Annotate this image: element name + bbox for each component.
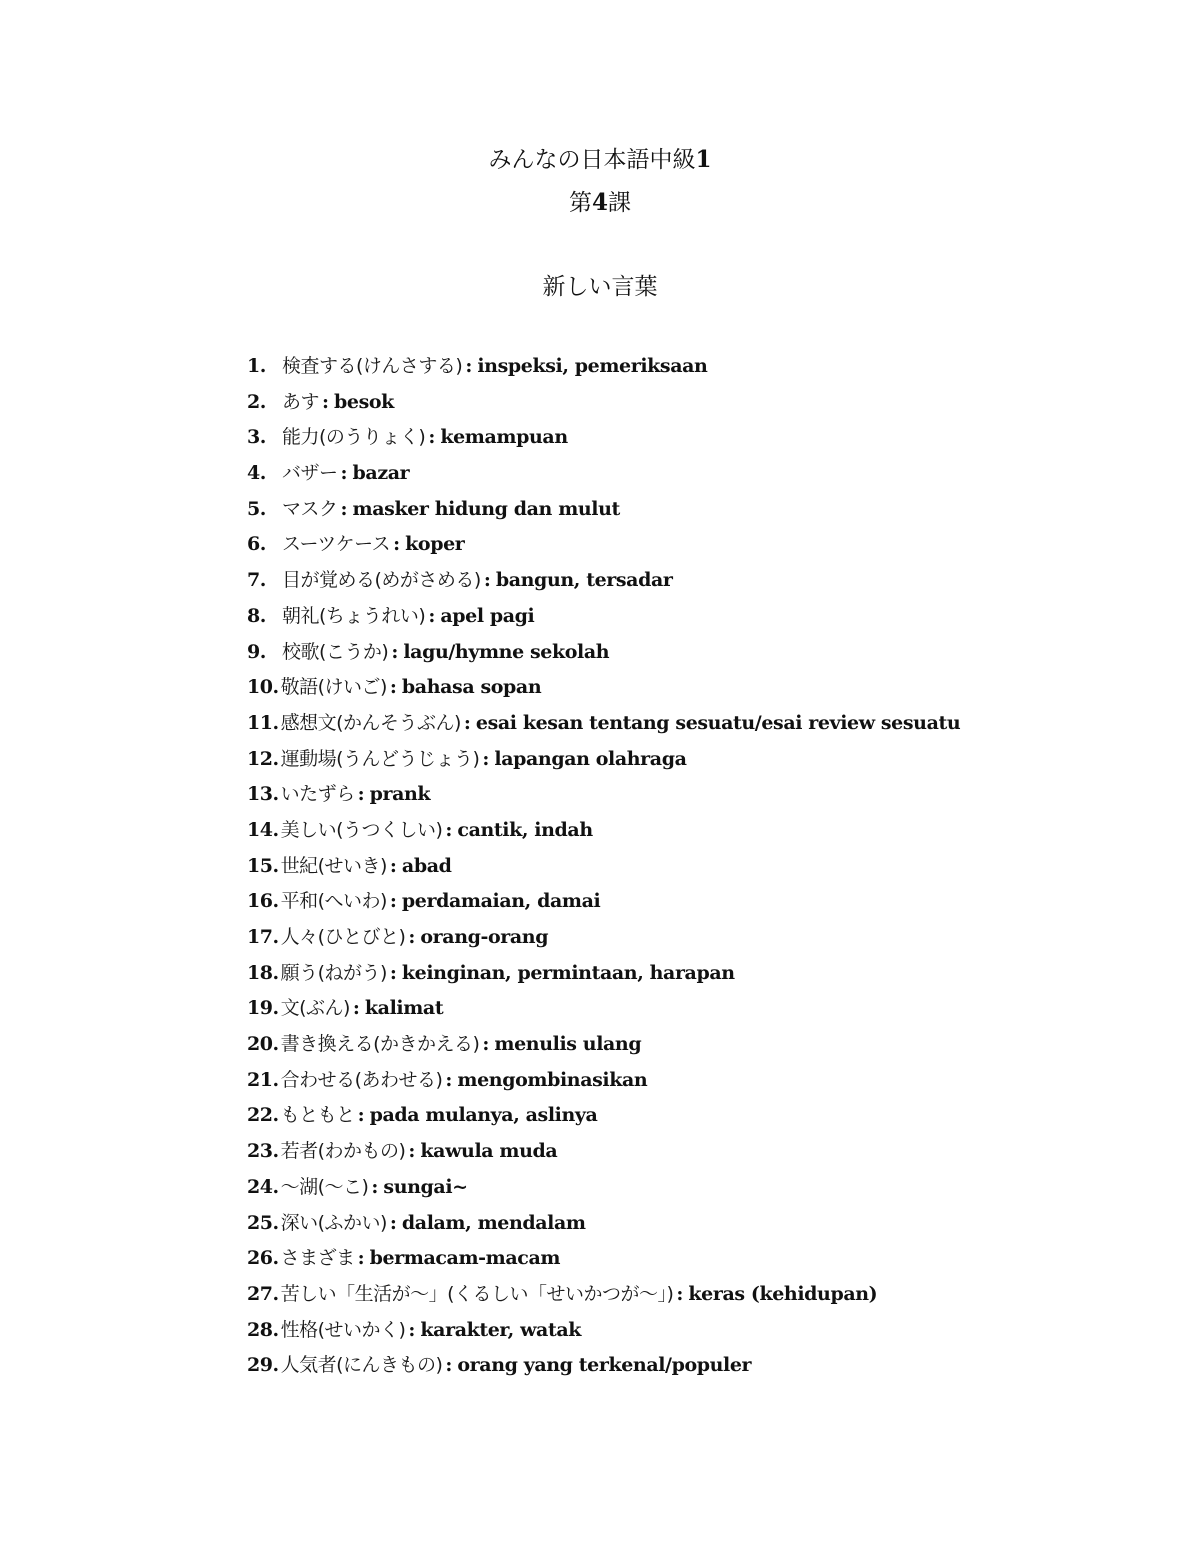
vocabulary-item: 6. スーツケース : koper — [247, 527, 960, 563]
vocabulary-list: 1. 検査する(けんさする) : inspeksi, pemeriksaan 2… — [247, 349, 960, 1384]
document-title: みんなの日本語中級1 — [0, 143, 1200, 177]
vocabulary-item: 2. あす : besok — [247, 385, 960, 421]
item-separator: : — [358, 1098, 365, 1134]
item-number: 25. — [247, 1206, 279, 1242]
title-text: みんなの日本語中級 — [488, 147, 695, 173]
item-japanese: 若者(わかもの) — [281, 1134, 406, 1170]
item-japanese: 文(ぶん) — [281, 991, 350, 1027]
item-separator: : — [371, 1170, 378, 1206]
item-meaning: bahasa sopan — [402, 670, 541, 706]
item-separator: : — [465, 349, 472, 385]
item-separator: : — [428, 420, 435, 456]
item-japanese: 書き換える(かきかえる) — [281, 1027, 480, 1063]
item-separator: : — [482, 742, 489, 778]
item-number: 16. — [247, 884, 279, 920]
item-japanese: 朝礼(ちょうれい) — [282, 599, 425, 635]
vocabulary-item: 5. マスク : masker hidung dan mulut — [247, 492, 960, 528]
item-number: 22. — [247, 1098, 279, 1134]
vocabulary-item: 10. 敬語(けいご) : bahasa sopan — [247, 670, 960, 706]
item-meaning: perdamaian, damai — [402, 884, 600, 920]
item-number: 2. — [247, 385, 282, 421]
item-number: 3. — [247, 420, 282, 456]
item-japanese: ～湖(～こ) — [281, 1170, 369, 1206]
item-number: 15. — [247, 849, 279, 885]
vocabulary-item: 15. 世紀(せいき) : abad — [247, 849, 960, 885]
item-separator: : — [358, 1241, 365, 1277]
item-number: 24. — [247, 1170, 279, 1206]
lesson-prefix: 第 — [569, 190, 592, 216]
item-number: 26. — [247, 1241, 279, 1277]
item-separator: : — [464, 706, 471, 742]
item-meaning: karakter, watak — [420, 1313, 581, 1349]
vocabulary-item: 22. もともと : pada mulanya, aslinya — [247, 1098, 960, 1134]
item-separator: : — [408, 920, 415, 956]
item-meaning: orang-orang — [420, 920, 548, 956]
item-japanese: あす — [282, 385, 319, 421]
vocabulary-item: 28. 性格(せいかく) : karakter, watak — [247, 1313, 960, 1349]
vocabulary-item: 26. さまざま : bermacam-macam — [247, 1241, 960, 1277]
item-separator: : — [445, 813, 452, 849]
item-meaning: masker hidung dan mulut — [353, 492, 620, 528]
item-meaning: prank — [370, 777, 431, 813]
item-japanese: 人気者(にんきもの) — [281, 1348, 443, 1384]
vocabulary-item: 13. いたずら : prank — [247, 777, 960, 813]
vocabulary-item: 11. 感想文(かんそうぶん) : esai kesan tentang ses… — [247, 706, 960, 742]
item-number: 6. — [247, 527, 282, 563]
vocabulary-item: 21. 合わせる(あわせる) : mengombinasikan — [247, 1063, 960, 1099]
vocabulary-item: 27. 苦しい「生活が～」(くるしい「せいかつが～」) : keras (keh… — [247, 1277, 960, 1313]
item-number: 4. — [247, 456, 282, 492]
item-number: 20. — [247, 1027, 279, 1063]
item-japanese: 深い(ふかい) — [281, 1206, 387, 1242]
vocabulary-item: 1. 検査する(けんさする) : inspeksi, pemeriksaan — [247, 349, 960, 385]
lesson-suffix: 課 — [608, 190, 631, 216]
item-separator: : — [390, 849, 397, 885]
item-meaning: inspeksi, pemeriksaan — [477, 349, 707, 385]
item-japanese: スーツケース — [282, 527, 390, 563]
item-number: 11. — [247, 706, 279, 742]
item-meaning: pada mulanya, aslinya — [370, 1098, 598, 1134]
item-meaning: lagu/hymne sekolah — [403, 635, 609, 671]
item-meaning: besok — [334, 385, 394, 421]
item-meaning: mengombinasikan — [457, 1063, 647, 1099]
item-japanese: 能力(のうりょく) — [282, 420, 425, 456]
item-separator: : — [353, 991, 360, 1027]
item-meaning: cantik, indah — [457, 813, 592, 849]
item-number: 19. — [247, 991, 279, 1027]
item-number: 23. — [247, 1134, 279, 1170]
item-number: 29. — [247, 1348, 279, 1384]
item-separator: : — [341, 492, 348, 528]
item-number: 1. — [247, 349, 282, 385]
item-separator: : — [390, 884, 397, 920]
item-separator: : — [482, 1027, 489, 1063]
item-meaning: apel pagi — [440, 599, 534, 635]
item-japanese: いたずら — [281, 777, 355, 813]
item-japanese: 検査する(けんさする) — [282, 349, 462, 385]
item-separator: : — [408, 1313, 415, 1349]
item-meaning: orang yang terkenal/populer — [457, 1348, 751, 1384]
item-meaning: menulis ulang — [494, 1027, 641, 1063]
item-japanese: 目が覚める(めがさめる) — [282, 563, 481, 599]
item-separator: : — [484, 563, 491, 599]
item-japanese: 性格(せいかく) — [281, 1313, 406, 1349]
document-page: みんなの日本語中級1 第4課 新しい言葉 1. 検査する(けんさする) : in… — [0, 0, 1200, 1553]
item-number: 18. — [247, 956, 279, 992]
lesson-number: 第4課 — [0, 186, 1200, 220]
item-separator: : — [322, 385, 329, 421]
item-separator: : — [445, 1348, 452, 1384]
item-number: 17. — [247, 920, 279, 956]
item-japanese: 美しい(うつくしい) — [281, 813, 443, 849]
section-heading: 新しい言葉 — [0, 270, 1200, 304]
item-number: 9. — [247, 635, 282, 671]
item-japanese: マスク — [282, 492, 338, 528]
vocabulary-item: 20. 書き換える(かきかえる) : menulis ulang — [247, 1027, 960, 1063]
item-japanese: もともと — [281, 1098, 355, 1134]
item-number: 10. — [247, 670, 279, 706]
item-meaning: dalam, mendalam — [402, 1206, 586, 1242]
item-number: 13. — [247, 777, 279, 813]
vocabulary-item: 4. バザー : bazar — [247, 456, 960, 492]
item-meaning: kawula muda — [420, 1134, 557, 1170]
item-japanese: バザー — [282, 456, 338, 492]
item-meaning: abad — [402, 849, 452, 885]
item-number: 12. — [247, 742, 279, 778]
item-meaning: bangun, tersadar — [496, 563, 673, 599]
item-separator: : — [391, 635, 398, 671]
item-meaning: koper — [405, 527, 464, 563]
vocabulary-item: 17. 人々(ひとびと) : orang-orang — [247, 920, 960, 956]
vocabulary-item: 19. 文(ぶん) : kalimat — [247, 991, 960, 1027]
item-separator: : — [676, 1277, 683, 1313]
lesson-num: 4 — [592, 189, 608, 216]
item-japanese: 校歌(こうか) — [282, 635, 388, 671]
item-separator: : — [393, 527, 400, 563]
item-separator: : — [445, 1063, 452, 1099]
item-meaning: keras (kehidupan) — [688, 1277, 877, 1313]
vocabulary-item: 18. 願う(ねがう) : keinginan, permintaan, har… — [247, 956, 960, 992]
vocabulary-item: 3. 能力(のうりょく) : kemampuan — [247, 420, 960, 456]
item-meaning: bazar — [353, 456, 410, 492]
item-number: 5. — [247, 492, 282, 528]
item-meaning: bermacam-macam — [370, 1241, 560, 1277]
vocabulary-item: 14. 美しい(うつくしい) : cantik, indah — [247, 813, 960, 849]
vocabulary-item: 23. 若者(わかもの) : kawula muda — [247, 1134, 960, 1170]
item-japanese: 世紀(せいき) — [281, 849, 387, 885]
vocabulary-item: 29. 人気者(にんきもの) : orang yang terkenal/pop… — [247, 1348, 960, 1384]
item-japanese: 苦しい「生活が～」(くるしい「せいかつが～」) — [281, 1277, 674, 1313]
vocabulary-item: 7. 目が覚める(めがさめる) : bangun, tersadar — [247, 563, 960, 599]
item-separator: : — [390, 956, 397, 992]
item-separator: : — [341, 456, 348, 492]
item-number: 21. — [247, 1063, 279, 1099]
title-level-number: 1 — [695, 146, 711, 173]
item-meaning: kemampuan — [440, 420, 567, 456]
vocabulary-item: 8. 朝礼(ちょうれい) : apel pagi — [247, 599, 960, 635]
item-separator: : — [428, 599, 435, 635]
vocabulary-item: 16. 平和(へいわ) : perdamaian, damai — [247, 884, 960, 920]
item-separator: : — [390, 1206, 397, 1242]
item-separator: : — [358, 777, 365, 813]
item-number: 8. — [247, 599, 282, 635]
vocabulary-item: 12. 運動場(うんどうじょう) : lapangan olahraga — [247, 742, 960, 778]
item-japanese: 敬語(けいご) — [281, 670, 387, 706]
item-number: 28. — [247, 1313, 279, 1349]
vocabulary-item: 24. ～湖(～こ) : sungai~ — [247, 1170, 960, 1206]
item-meaning: sungai~ — [383, 1170, 467, 1206]
item-separator: : — [408, 1134, 415, 1170]
vocabulary-item: 25. 深い(ふかい) : dalam, mendalam — [247, 1206, 960, 1242]
item-number: 14. — [247, 813, 279, 849]
item-meaning: keinginan, permintaan, harapan — [402, 956, 735, 992]
item-japanese: 運動場(うんどうじょう) — [281, 742, 480, 778]
item-number: 7. — [247, 563, 282, 599]
item-meaning: esai kesan tentang sesuatu/esai review s… — [476, 706, 960, 742]
item-japanese: 願う(ねがう) — [281, 956, 387, 992]
item-meaning: kalimat — [365, 991, 443, 1027]
item-japanese: さまざま — [281, 1241, 355, 1277]
item-meaning: lapangan olahraga — [494, 742, 686, 778]
item-japanese: 感想文(かんそうぶん) — [281, 706, 461, 742]
item-japanese: 合わせる(あわせる) — [281, 1063, 443, 1099]
item-separator: : — [390, 670, 397, 706]
vocabulary-item: 9. 校歌(こうか) : lagu/hymne sekolah — [247, 635, 960, 671]
item-japanese: 平和(へいわ) — [281, 884, 387, 920]
item-number: 27. — [247, 1277, 279, 1313]
item-japanese: 人々(ひとびと) — [281, 920, 406, 956]
